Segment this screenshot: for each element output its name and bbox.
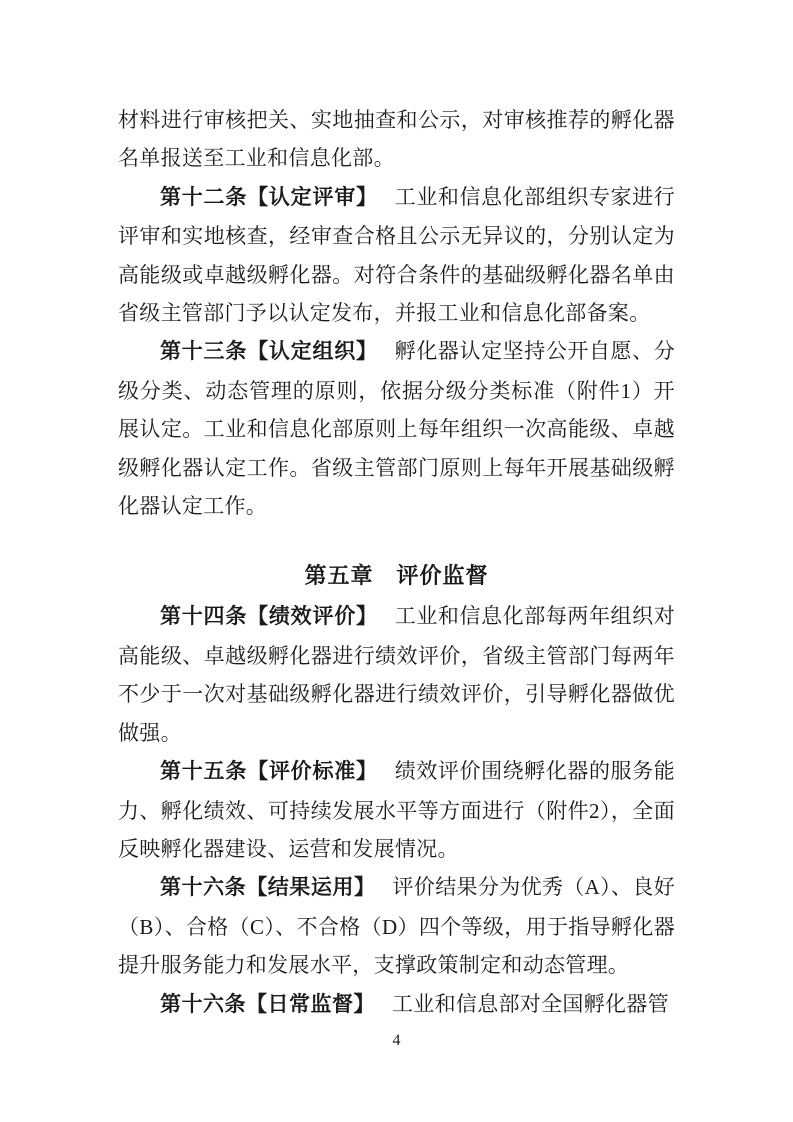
page-number: 4 [0, 1030, 793, 1052]
paragraph-text: 材料进行审核把关、实地抽查和公示，对审核推荐的孵化器名单报送至工业和信息化部。 [118, 108, 675, 170]
document-page: 材料进行审核把关、实地抽查和公示，对审核推荐的孵化器名单报送至工业和信息化部。 … [0, 0, 793, 1122]
paragraph-article-13: 第十三条【认定组织】孵化器认定坚持公开自愿、分级分类、动态管理的原则，依据分级分… [118, 332, 675, 525]
paragraph-text: 孵化器认定坚持公开自愿、分级分类、动态管理的原则，依据分级分类标准（附件1）开展… [118, 339, 675, 518]
paragraph-continuation: 材料进行审核把关、实地抽查和公示，对审核推荐的孵化器名单报送至工业和信息化部。 [118, 101, 675, 178]
paragraph-article-12: 第十二条【认定评审】工业和信息化部组织专家进行评审和实地核查，经审查合格且公示无… [118, 178, 675, 333]
paragraph-article-16-supervision: 第十六条【日常监督】工业和信息部对全国孵化器管 [118, 985, 675, 1024]
paragraph-text: 工业和信息部对全国孵化器管 [392, 992, 669, 1016]
article-title: 第十五条【评价标准】 [160, 760, 378, 783]
article-title: 第十六条【结果运用】 [160, 876, 376, 899]
article-title: 第十四条【绩效评价】 [160, 605, 378, 628]
document-body: 材料进行审核把关、实地抽查和公示，对审核推荐的孵化器名单报送至工业和信息化部。 … [118, 101, 675, 1024]
article-title: 第十二条【认定评审】 [160, 186, 378, 209]
chapter-heading: 第五章 评价监督 [118, 554, 675, 597]
paragraph-article-15: 第十五条【评价标准】绩效评价围绕孵化器的服务能力、孵化绩效、可持续发展水平等方面… [118, 752, 675, 868]
article-title: 第十六条【日常监督】 [160, 993, 375, 1016]
paragraph-article-16-results: 第十六条【结果运用】评价结果分为优秀（A）、良好（B）、合格（C）、不合格（D）… [118, 868, 675, 984]
article-title: 第十三条【认定组织】 [160, 340, 378, 363]
paragraph-article-14: 第十四条【绩效评价】工业和信息化部每两年组织对高能级、卓越级孵化器进行绩效评价，… [118, 597, 675, 752]
